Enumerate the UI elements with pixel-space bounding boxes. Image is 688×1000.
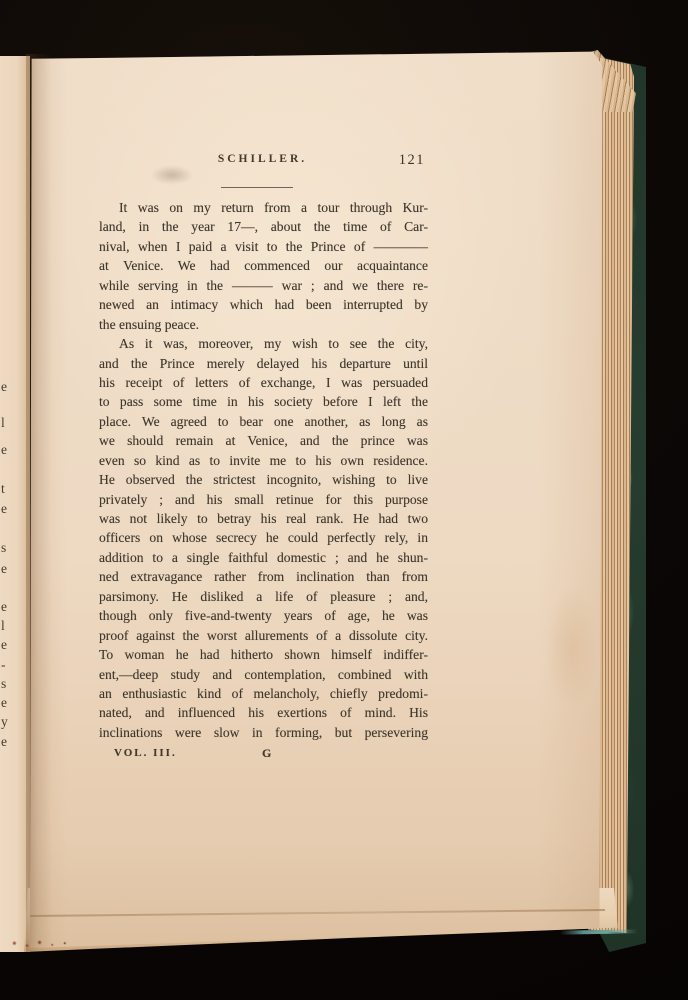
text-line: place. We agreed to bear one another, as…	[99, 412, 428, 431]
verso-cut-letter: t	[1, 481, 5, 497]
marble-specks	[6, 936, 76, 952]
text-line: It was on my return from a tour through …	[99, 198, 428, 217]
book-page: SCHILLER. 121 It was on my return from a…	[27, 48, 607, 948]
text-line: ned extravagance rather from inclination…	[99, 567, 428, 586]
text-line: was not likely to betray his real rank. …	[99, 509, 428, 528]
text-line: nival, when I paid a visit to the Prince…	[99, 237, 428, 256]
verso-cut-letter: e	[1, 599, 7, 615]
text-line: to pass some time in his society before …	[99, 392, 428, 411]
text-line: nated, and influenced his exertions of m…	[99, 703, 428, 722]
gutter-shadow	[26, 54, 52, 952]
text-line: addition to a single faithful domestic ;…	[99, 548, 428, 567]
text-line: and the Prince merely delayed his depart…	[99, 354, 428, 373]
text-line: As it was, moreover, my wish to see the …	[99, 334, 428, 353]
running-head: SCHILLER. 121	[99, 153, 426, 171]
chapter-title: SCHILLER.	[218, 153, 307, 165]
verso-cut-letter: l	[1, 415, 5, 431]
text-line: proof against the worst allurements of a…	[99, 626, 428, 645]
verso-cut-letter: e	[1, 501, 7, 517]
verso-cut-letter: l	[1, 618, 5, 634]
signature-mark: G	[262, 746, 271, 761]
verso-cut-letter: e	[1, 561, 7, 577]
verso-cut-letter: s	[1, 676, 6, 692]
text-line: ent,—deep study and contemplation, combi…	[99, 665, 428, 684]
verso-cut-letter: e	[1, 695, 7, 711]
page-stain	[547, 588, 597, 708]
text-line: newed an intimacy which had been interru…	[99, 295, 428, 314]
header-rule	[221, 187, 293, 188]
text-line: the ensuing peace.	[99, 315, 428, 334]
verso-cut-letter: e	[1, 637, 7, 653]
text-line: though only five-and-twenty years of age…	[99, 606, 428, 625]
verso-cut-letter: y	[1, 714, 8, 730]
volume-label: VOL. III.	[114, 747, 177, 759]
text-line: parsimony. He disliked a life of pleasur…	[99, 587, 428, 606]
verso-cut-letter: e	[1, 734, 7, 750]
text-line: while serving in the ——— war ; and we th…	[99, 276, 428, 295]
text-line: we should remain at Venice, and the prin…	[99, 431, 428, 450]
text-line: officers on whose secrecy he could perfe…	[99, 528, 428, 547]
verso-cut-letter: e	[1, 379, 7, 395]
text-line: even so kind as to invite me to his own …	[99, 451, 428, 470]
verso-cut-letter: s	[1, 540, 6, 556]
text-line: his receipt of letters of exchange, I wa…	[99, 373, 428, 392]
verso-cut-letter: -	[1, 657, 6, 673]
text-block: It was on my return from a tour through …	[99, 198, 428, 765]
text-line: at Venice. We had commenced our acquaint…	[99, 256, 428, 275]
page-number: 121	[399, 152, 425, 169]
text-line: privately ; and his small retinue for th…	[99, 490, 428, 509]
page-footer: VOL. III.G	[99, 745, 428, 765]
text-line: inclinations were slow in forming, but p…	[99, 723, 428, 742]
book-photograph: eleteseele-seye SCHILLER. 121 It was on …	[0, 0, 688, 1000]
text-line: To woman he had hitherto shown himself i…	[99, 645, 428, 664]
verso-cut-letter: e	[1, 442, 7, 458]
text-line: an enthusiastic kind of melancholy, chie…	[99, 684, 428, 703]
text-line: He observed the strictest incognito, wis…	[99, 470, 428, 489]
text-line: land, in the year 17—, about the time of…	[99, 217, 428, 236]
